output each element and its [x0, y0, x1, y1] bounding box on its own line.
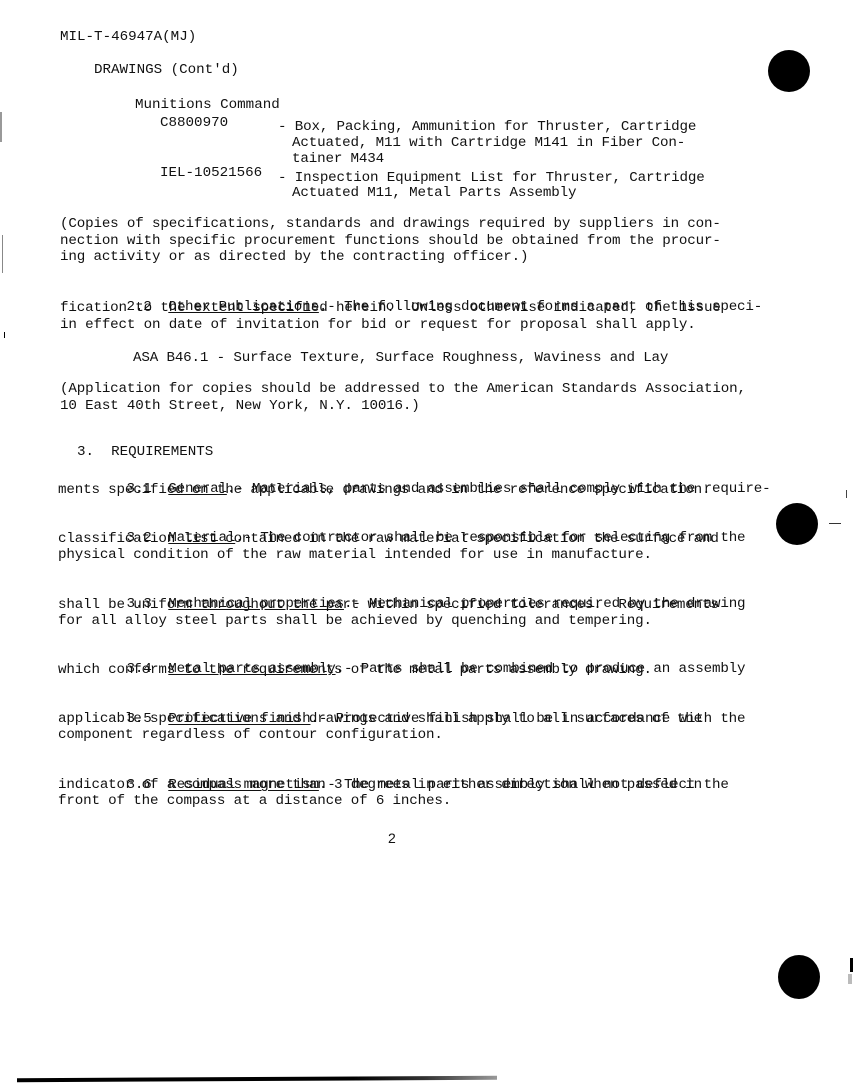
scan-mark: [846, 490, 847, 498]
bottom-edge-rule: [17, 1076, 497, 1083]
scan-mark: [0, 112, 2, 142]
drawings-agency: Munitions Command: [135, 97, 280, 113]
drawing-description-line: Actuated, M11 with Cartridge M141 in Fib…: [292, 135, 685, 151]
drawing-description-line: - Box, Packing, Ammunition for Thruster,…: [278, 119, 696, 135]
reference-standard: ASA B46.1 - Surface Texture, Surface Rou…: [133, 350, 668, 366]
document-id: MIL-T-46947A(MJ): [60, 29, 196, 45]
punch-hole-top: [768, 50, 810, 92]
page-number: 2: [388, 830, 396, 846]
drawing-number: C8800970: [160, 115, 228, 131]
scan-mark: [4, 332, 5, 338]
drawing-description-line: Actuated M11, Metal Parts Assembly: [292, 185, 576, 201]
section-title-drawings: DRAWINGS (Cont'd): [94, 62, 239, 78]
drawing-description-line: tainer M434: [292, 151, 384, 167]
section-3-heading: 3. REQUIREMENTS: [60, 428, 213, 460]
punch-hole-bottom: [778, 955, 820, 999]
scan-mark: [848, 974, 852, 984]
scan-mark: [829, 523, 841, 524]
punch-hole-middle: [776, 503, 818, 545]
scan-mark: [850, 958, 853, 972]
scan-mark: [2, 235, 3, 273]
drawing-description-line: - Inspection Equipment List for Thruster…: [278, 170, 705, 186]
drawing-number: IEL-10521566: [160, 165, 262, 181]
